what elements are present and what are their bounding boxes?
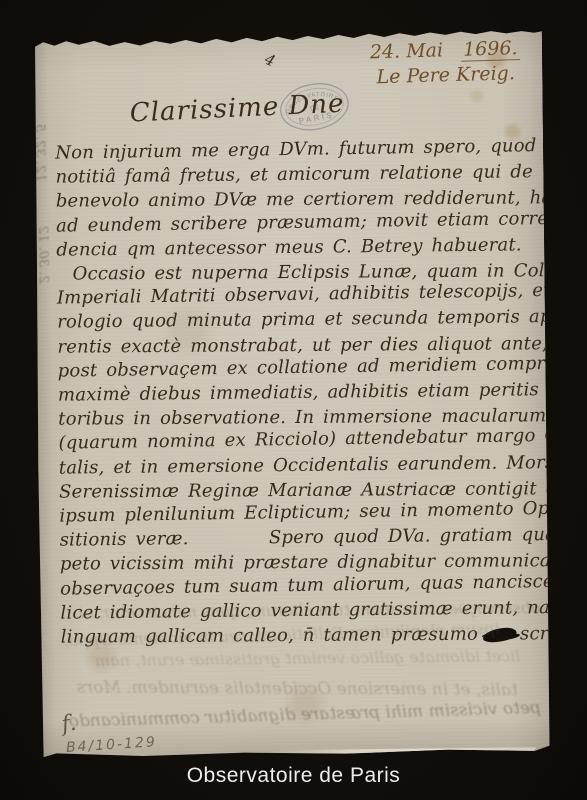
show-through-margin-numbers: 2. 30. 12 <box>35 226 51 284</box>
show-through-margin-numbers: 12. 32. 5 <box>32 124 48 182</box>
closing-text-after-blot: scribendum. <box>520 623 587 645</box>
manuscript-line: sitionis veræ. Spero quod DVa. gratiam q… <box>60 524 535 554</box>
manuscript-line: rologio quod minuta prima et secunda tem… <box>57 306 532 336</box>
ink-blot <box>482 626 517 643</box>
manuscript-line-with-blot: linguam gallicam calleo, n̄ tamen præsum… <box>61 622 536 650</box>
date-year-underlined: 1696. <box>461 37 520 62</box>
closing-text-before-blot: linguam gallicam calleo, n̄ tamen præsum… <box>61 624 478 648</box>
show-through-ghost-line: licet idiomate gallico veniant gratissim… <box>95 646 520 670</box>
photo-mount: 12. 32. 5 2. 30. 12 4 24. Mai 1696. Le P… <box>0 0 587 800</box>
archivist-pencil-mark: f. <box>60 711 78 738</box>
attribution-line: Le Pere Kreig. <box>377 61 521 90</box>
show-through-ghost-line: peto vicissim mihi præstare dignabitur c… <box>68 698 541 732</box>
manuscript-line: notitiâ famâ fretus, et amicorum relatio… <box>55 160 530 190</box>
manuscript-line: talis, et in emersione Occidentalis earu… <box>59 451 534 481</box>
archival-date-annotation: 24. Mai 1696. Le Pere Kreig. <box>370 36 521 90</box>
shelfmark-pencil: B4/10-129 <box>66 734 158 756</box>
pen-mark: 4 <box>262 50 278 70</box>
letter-body: Non injurium me erga DVm. futurum spero,… <box>55 136 536 650</box>
date-day-month: 24. Mai <box>370 39 444 63</box>
manuscript-page: 12. 32. 5 2. 30. 12 4 24. Mai 1696. Le P… <box>33 30 550 758</box>
mount-caption: Observatoire de Paris <box>0 764 587 788</box>
show-through-ghost-line: talis, et in emersione Occidentalis earu… <box>76 678 518 701</box>
